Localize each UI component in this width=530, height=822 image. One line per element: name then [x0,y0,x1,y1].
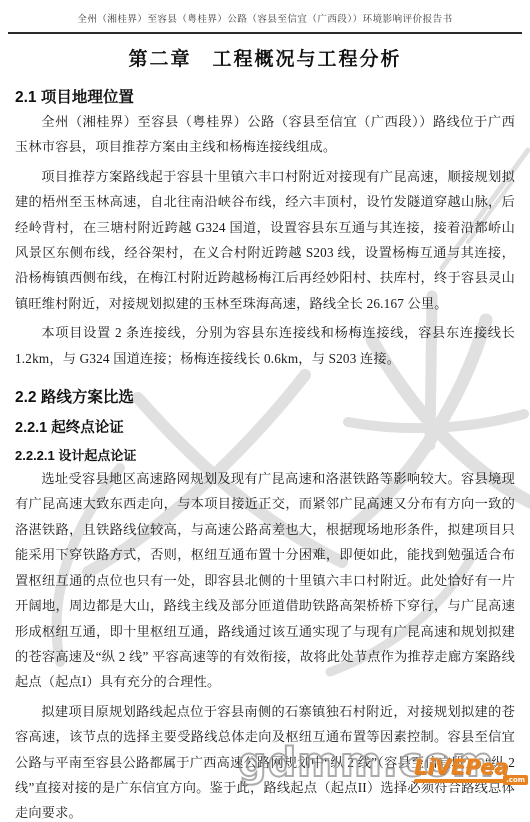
paragraph: 全州（湘桂界）至容县（粤桂界）公路（容县至信宜（广西段））路线位于广西玉林市容县… [15,109,515,160]
paragraph: 拟建项目原规划路线起点位于容县南侧的石寨镇独石村附近，对接规划拟建的苍容高速，该… [15,699,515,822]
chapter-title: 第二章 工程概况与工程分析 [15,44,515,71]
header-divider [8,32,522,34]
paragraph: 本项目设置 2 条连接线，分别为容县东连接线和杨梅连接线，容县东连接线长 1.2… [15,320,515,371]
paragraph: 项目推荐方案路线起于容县十里镇六丰口村附近对接现有广昆高速，顺接规划拟建的梧州至… [15,164,515,316]
section-heading-2-2-1: 2.2.1 起终点论证 [15,416,515,437]
running-header: 全州（湘桂界）至容县（粤桂界）公路（容县至信宜（广西段））环境影响评价报告书 [15,0,515,25]
document-page: gdmm.com LiVEPea .com 全州（湘桂界）至容县（粤桂界）公路（… [0,0,530,822]
paragraph: 选址受容县地区高速路网规划及现有广昆高速和洛湛铁路等影响较大。容县境现有广昆高速… [15,466,515,695]
section-heading-2-2: 2.2 路线方案比选 [15,385,515,407]
section-heading-2-1: 2.1 项目地理位置 [15,85,515,107]
section-heading-2-2-2-1: 2.2.2.1 设计起点论证 [15,445,515,464]
